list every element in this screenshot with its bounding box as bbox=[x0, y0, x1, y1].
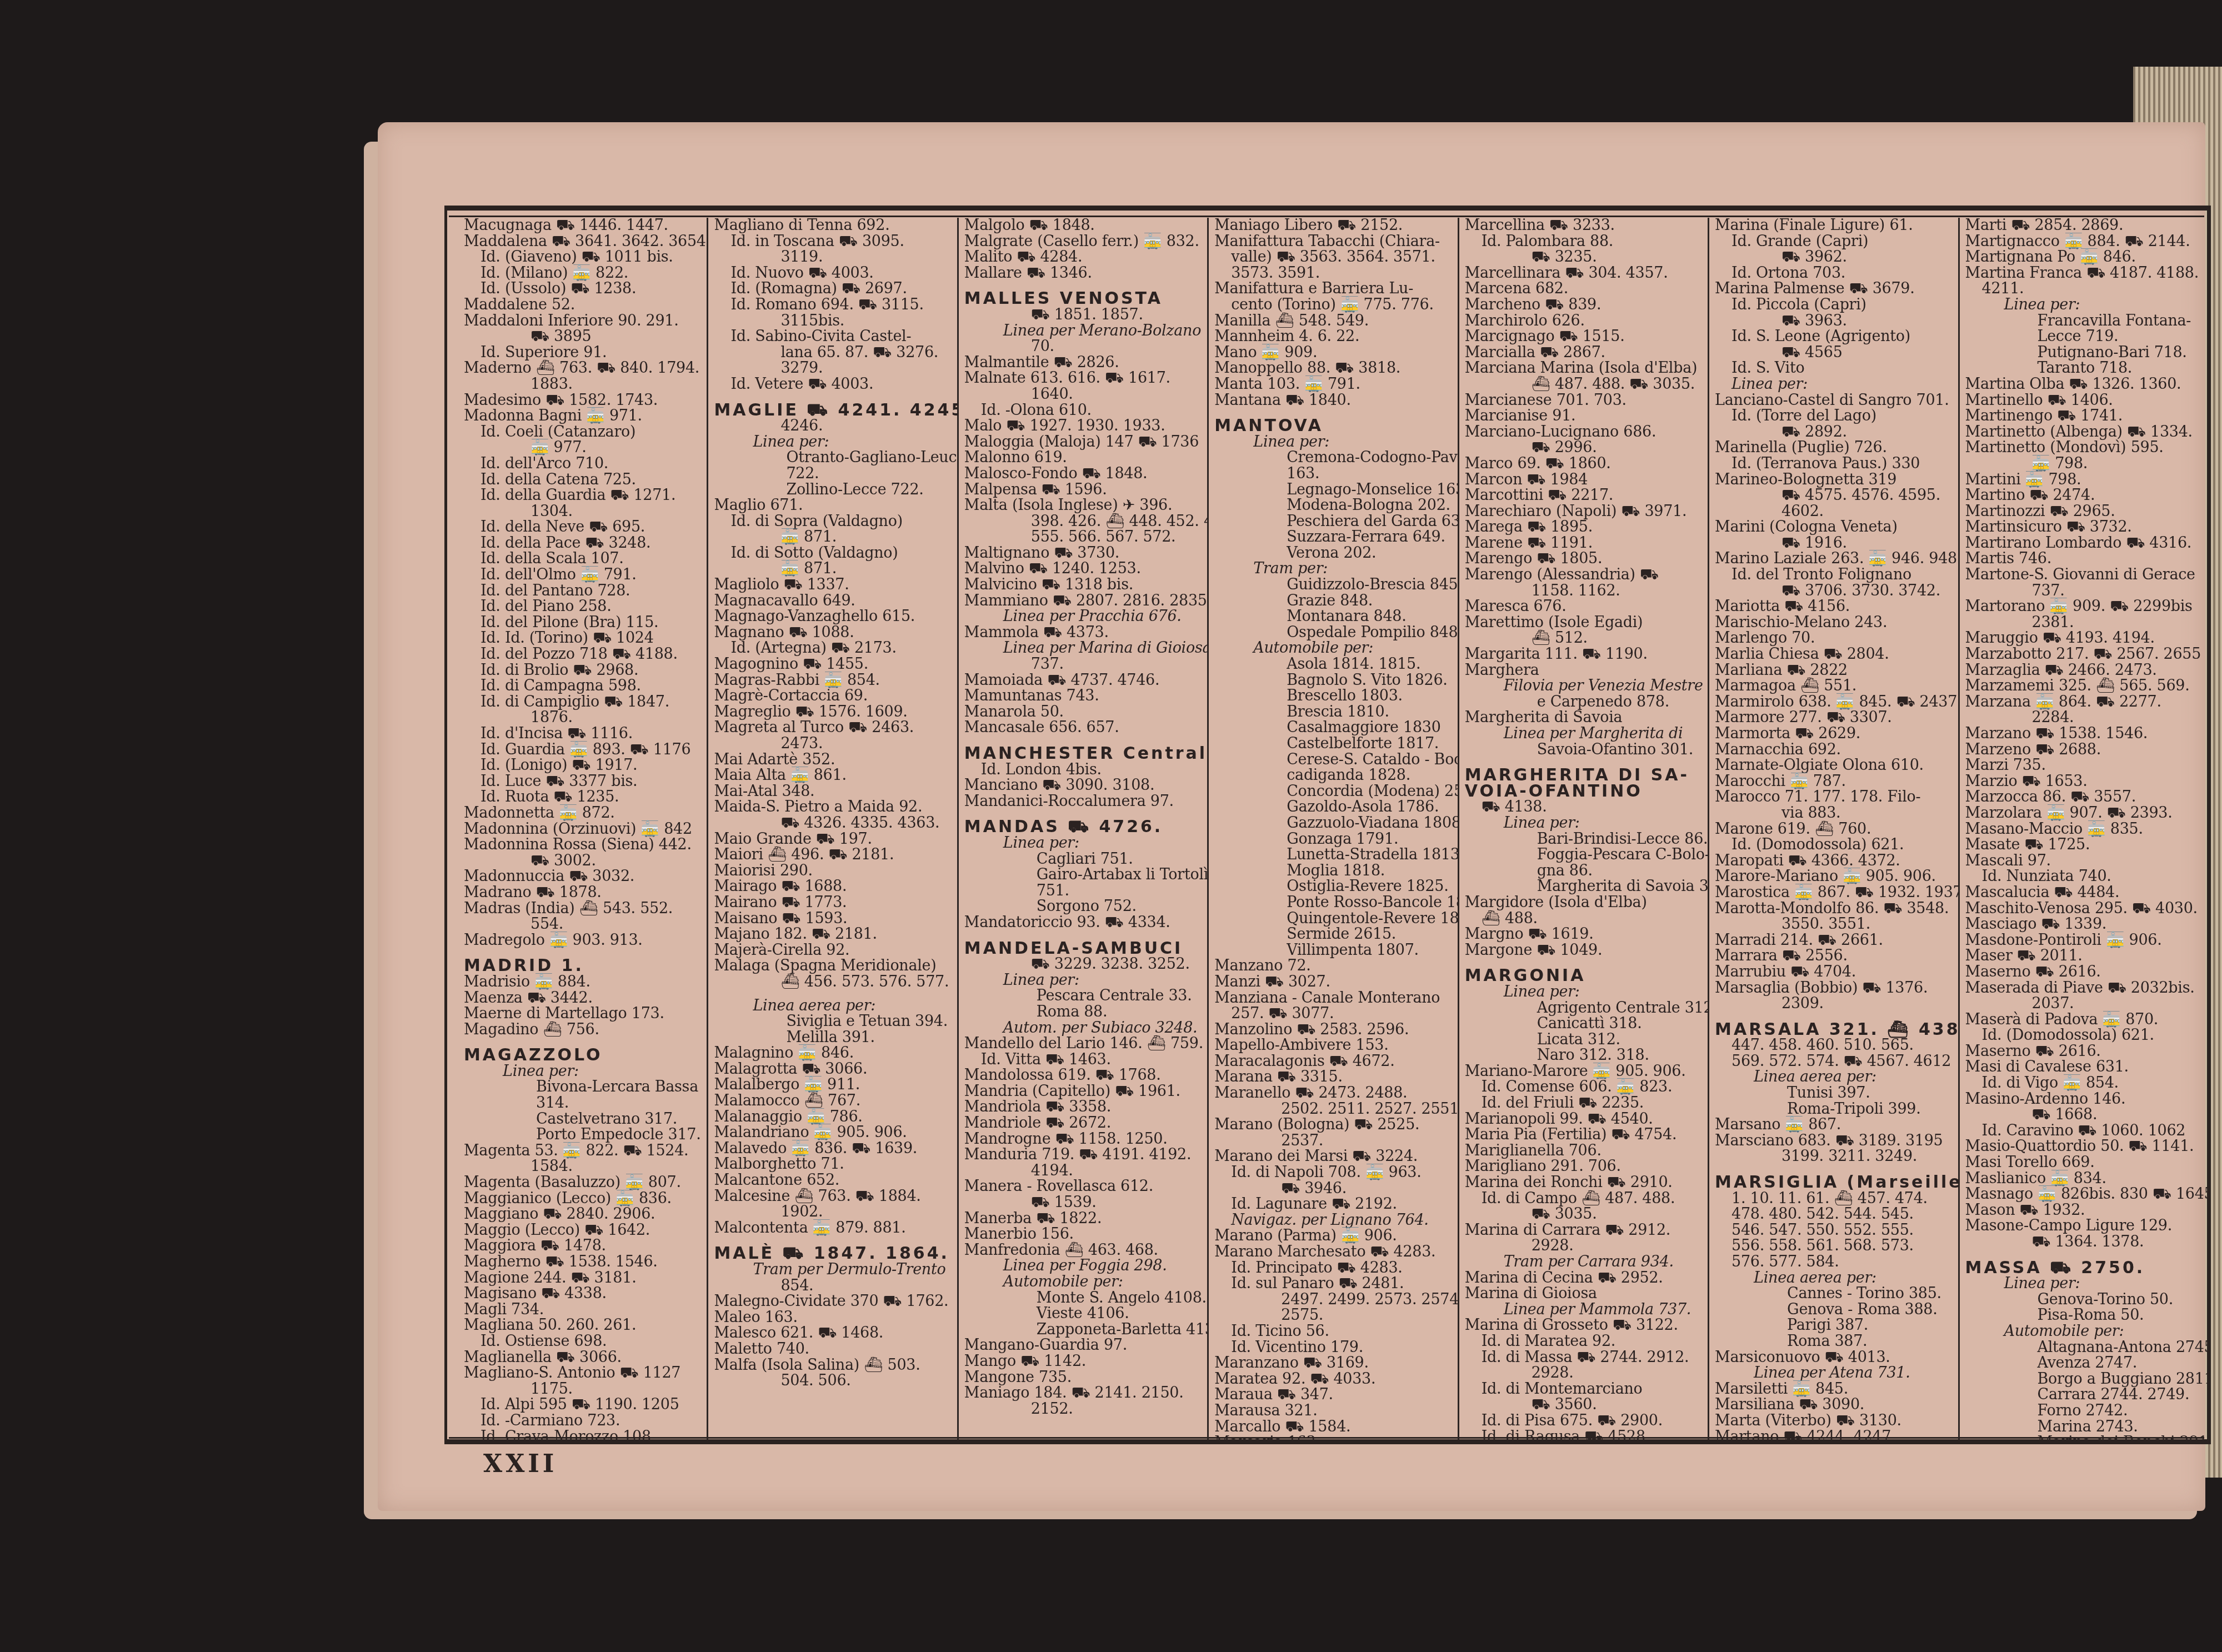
index-entry: Id. della Pace ⛟ 3248. bbox=[464, 535, 701, 552]
index-entry: Manzano 72. bbox=[1214, 958, 1452, 974]
index-entry: Marzamemi 325. ⛴ 565. 569. bbox=[1965, 678, 2203, 694]
index-entry: Castelbelforte 1817. bbox=[1214, 736, 1452, 752]
index-entry: Martinozzi ⛟ 2965. bbox=[1965, 504, 2203, 520]
index-entry: Manfredonia ⛴ 463. 468. bbox=[964, 1243, 1202, 1259]
index-entry: Marano (Parma) 🚋 906. bbox=[1214, 1228, 1452, 1244]
index-entry: Marene ⛟ 1191. bbox=[1465, 535, 1702, 552]
index-entry: ⛟ 4138. bbox=[1465, 799, 1702, 815]
index-entry: Id. di Montemarciano bbox=[1465, 1381, 1702, 1398]
index-entry: Magrè-Cortaccia 69. bbox=[714, 688, 951, 704]
index-entry: Borgo a Buggiano 2811. bbox=[1965, 1371, 2203, 1388]
index-heading: MAGLIE ⛟ 4241. 4245. bbox=[714, 403, 951, 419]
index-entry: Marigliano 291. 706. bbox=[1465, 1159, 1702, 1175]
index-entry: Parigi 387. bbox=[1715, 1318, 1952, 1334]
index-entry: Mamoiada ⛟ 4737. 4746. bbox=[964, 673, 1202, 689]
index-entry: 🚋 871. bbox=[714, 561, 951, 577]
index-entry: Marta (Viterbo) ⛟ 3130. bbox=[1715, 1413, 1952, 1429]
index-entry: Id. della Catena 725. bbox=[464, 472, 701, 488]
index-entry: Magliano-S. Antonio ⛟ 1127 bbox=[464, 1365, 701, 1381]
index-entry: Cannes - Torino 385. bbox=[1715, 1286, 1952, 1302]
index-service-note: Automobile per: bbox=[1214, 640, 1452, 657]
index-entry: ⛴ 512. bbox=[1465, 630, 1702, 647]
index-column-6: Marina (Finale Ligure) 61.Id. Grande (Ca… bbox=[1708, 218, 1958, 1440]
index-entry: Mancasale 656. 657. bbox=[964, 720, 1202, 736]
index-entry: 3115bis. bbox=[714, 313, 951, 329]
index-entry: Marina (Finale Ligure) 61. bbox=[1715, 218, 1952, 234]
index-service-note: Tram per Carrara 934. bbox=[1465, 1254, 1702, 1270]
index-entry: Id. Guardia 🚋 893. ⛟ 1176 bbox=[464, 742, 701, 758]
index-entry: Magadino ⛴ 756. bbox=[464, 1022, 701, 1038]
index-entry: Avenza 2747. bbox=[1965, 1355, 2203, 1371]
index-service-note: Automobile per: bbox=[964, 1274, 1202, 1290]
index-entry: Marzana 🚋 864. ⛟ 2277. bbox=[1965, 694, 2203, 710]
index-entry: Otranto-Gagliano-Leuca bbox=[714, 450, 951, 466]
index-entry: Marini (Cologna Veneta) bbox=[1715, 519, 1952, 535]
index-entry: Martano ⛟ 4244. 4247. bbox=[1715, 1429, 1952, 1440]
index-entry: Maiori ⛴ 496. ⛟ 2181. bbox=[714, 847, 951, 863]
index-entry: Marausa 321. bbox=[1214, 1403, 1452, 1419]
index-entry: Marcena 682. bbox=[1465, 281, 1702, 297]
index-entry: Id. Ruota ⛟ 1235. bbox=[464, 789, 701, 805]
index-entry: Gazoldo-Asola 1786. bbox=[1214, 799, 1452, 815]
index-entry: 2537. bbox=[1214, 1133, 1452, 1149]
index-entry: 2284. bbox=[1965, 710, 2203, 726]
index-service-note: Linea per: bbox=[1715, 377, 1952, 393]
index-entry: Id. Vitta ⛟ 1463. bbox=[964, 1052, 1202, 1068]
index-entry: Peschiera del Garda 638. bbox=[1214, 514, 1452, 530]
index-entry: Madonnina (Orzinuovi) 🚋 842 bbox=[464, 822, 701, 838]
index-entry: Masdone-Pontiroli 🚋 906. bbox=[1965, 933, 2203, 949]
index-entry: Malcesine ⛴ 763. ⛟ 1884. bbox=[714, 1189, 951, 1205]
index-entry: Marcheno ⛟ 839. bbox=[1465, 297, 1702, 313]
index-entry: via 883. bbox=[1715, 805, 1952, 822]
index-service-note: Filovia per Venezia Mestre bbox=[1465, 678, 1702, 694]
index-entry: Mairago ⛟ 1688. bbox=[714, 879, 951, 895]
index-entry: Marore-Mariano 🚋 905. 906. bbox=[1715, 869, 1952, 885]
index-entry: Id. Ortona 703. bbox=[1715, 266, 1952, 282]
index-entry: Majerà-Cirella 92. bbox=[714, 943, 951, 959]
index-entry: 737. bbox=[964, 657, 1202, 673]
index-entry: Martinsicuro ⛟ 3732. bbox=[1965, 519, 2203, 535]
index-entry: Magli 734. bbox=[464, 1302, 701, 1318]
index-heading: MANDAS ⛟ 4726. bbox=[964, 819, 1202, 835]
index-entry: 722. bbox=[714, 466, 951, 482]
index-entry: Altagnana-Antona 2745 bbox=[1965, 1340, 2203, 1356]
index-entry: Mason ⛟ 1932. bbox=[1965, 1203, 2203, 1219]
index-entry: Marmirolo 638. 🚋 845. ⛟ 2437. bbox=[1715, 694, 1952, 710]
index-entry: Manerbio 156. bbox=[964, 1227, 1202, 1243]
index-entry: Agrigento Centrale 312. bbox=[1465, 1000, 1702, 1017]
index-entry: Malvicino ⛟ 1318 bis. bbox=[964, 577, 1202, 593]
index-entry: Mano 🚋 909. bbox=[1214, 345, 1452, 361]
index-entry: Marano dei Marsi ⛟ 3224. bbox=[1214, 1149, 1452, 1165]
index-entry: valle) ⛟ 3563. 3564. 3571. bbox=[1214, 249, 1452, 266]
index-entry: 4211. bbox=[1965, 281, 2203, 297]
index-entry: Sermide 2615. bbox=[1214, 927, 1452, 943]
index-entry: Casalmaggiore 1830 bbox=[1214, 720, 1452, 736]
index-entry: Martinello ⛟ 1406. bbox=[1965, 393, 2203, 409]
index-service-note: Linea per: bbox=[1465, 984, 1702, 1000]
index-service-note: Linea per: bbox=[1465, 815, 1702, 832]
index-entry: Maio Grande ⛟ 197. bbox=[714, 832, 951, 848]
index-heading: MAGAZZOLO bbox=[464, 1048, 701, 1064]
index-entry: ⛟ 4326. 4335. 4363. bbox=[714, 815, 951, 832]
index-entry: Malosco-Fondo ⛟ 1848. bbox=[964, 466, 1202, 482]
index-heading: MADRID 1. bbox=[464, 958, 701, 974]
index-entry: Masio-Quattordio 50. ⛟ 1141. bbox=[1965, 1139, 2203, 1155]
index-entry: 504. 506. bbox=[714, 1373, 951, 1389]
index-entry: Marischio-Melano 243. bbox=[1715, 615, 1952, 631]
index-entry: Macugnaga ⛟ 1446. 1447. bbox=[464, 218, 701, 234]
index-service-note: Linea per Mammola 737. bbox=[1465, 1302, 1702, 1318]
index-entry: 398. 426. ⛴ 448. 452. 457. bbox=[964, 514, 1202, 530]
index-entry: gna 86. bbox=[1465, 863, 1702, 879]
index-entry: Moglia 1818. bbox=[1214, 863, 1452, 879]
index-entry: 1883. bbox=[464, 377, 701, 393]
index-entry: Id. Romano 694. ⛟ 3115. bbox=[714, 297, 951, 313]
index-entry: 556. 558. 561. 568. 573. bbox=[1715, 1238, 1952, 1254]
index-entry: Id. (Artegna) ⛟ 2173. bbox=[714, 640, 951, 657]
index-entry: Suzzara-Ferrara 649. bbox=[1214, 529, 1452, 545]
index-entry: Manifattura e Barriera Lu- bbox=[1214, 281, 1452, 297]
index-entry: Magreta al Turco ⛟ 2463. bbox=[714, 720, 951, 736]
index-entry: Id. di Campagna 598. bbox=[464, 678, 701, 694]
index-service-note: Linea per: bbox=[1214, 434, 1452, 450]
index-entry: Margherita di Savoia 301. bbox=[1465, 879, 1702, 895]
index-entry: Manifattura Tabacchi (Chiara- bbox=[1214, 234, 1452, 250]
index-entry: Maddaloni Inferiore 90. 291. bbox=[464, 313, 701, 329]
index-entry: Maserno ⛟ 2616. bbox=[1965, 964, 2203, 980]
index-entry: Marcialla ⛟ 2867. bbox=[1465, 345, 1702, 361]
index-entry: Id. del Tronto Folignano bbox=[1715, 567, 1952, 583]
index-entry: Maerne di Martellago 173. bbox=[464, 1006, 701, 1022]
index-entry: Magreglio ⛟ 1576. 1609. bbox=[714, 704, 951, 720]
index-entry: Id. Ticino 56. bbox=[1214, 1324, 1452, 1340]
index-entry: 4246. bbox=[714, 418, 951, 434]
index-entry: 854. bbox=[714, 1278, 951, 1294]
index-entry: 554. bbox=[464, 917, 701, 933]
index-heading: MARSIGLIA (Marseille) bbox=[1715, 1175, 1952, 1191]
index-entry: 1. 10. 11. 61. ⛴ 457. 474. bbox=[1715, 1191, 1952, 1207]
index-entry: Marcon ⛟ 1984 bbox=[1465, 472, 1702, 488]
index-column-1: Macugnaga ⛟ 1446. 1447.Maddalena ⛟ 3641.… bbox=[458, 218, 707, 1440]
index-entry: Id. Piccola (Capri) bbox=[1715, 297, 1952, 313]
index-entry: Id. di Napoli 708. 🚋 963. bbox=[1214, 1165, 1452, 1181]
index-entry: Maslianico 🚋 834. bbox=[1965, 1171, 2203, 1187]
index-entry: Madonnetta 🚋 872. bbox=[464, 805, 701, 822]
index-entry: Maria Pia (Fertilia) ⛟ 4754. bbox=[1465, 1127, 1702, 1143]
index-entry: Malgolo ⛟ 1848. bbox=[964, 218, 1202, 234]
index-heading: MALÈ ⛟ 1847. 1864. 1879. bbox=[714, 1246, 951, 1262]
index-entry: Margidore (Isola d'Elba) bbox=[1465, 895, 1702, 911]
index-entry: cadiganda 1828. bbox=[1214, 768, 1452, 784]
index-entry: Magnacavallo 649. bbox=[714, 593, 951, 609]
index-entry: Roma-Tripoli 399. bbox=[1715, 1102, 1952, 1118]
index-entry: Mascalucia ⛟ 4484. bbox=[1965, 885, 2203, 901]
index-entry: Id. London 4bis. bbox=[964, 762, 1202, 778]
index-entry: Martinetto (Mondovì) 595. bbox=[1965, 440, 2203, 456]
index-entry: Margone ⛟ 1049. bbox=[1465, 943, 1702, 959]
index-entry: Marocchi 🚋 787. bbox=[1715, 774, 1952, 790]
index-entry: Maloggia (Maloja) 147 ⛟ 1736 bbox=[964, 434, 1202, 450]
index-entry: Id. della Scala 107. bbox=[464, 551, 701, 567]
index-entry: Brescia 1810. bbox=[1214, 704, 1452, 720]
index-entry: Brescello 1803. bbox=[1214, 688, 1452, 704]
index-entry: Maenza ⛟ 3442. bbox=[464, 990, 701, 1007]
index-service-note: Tram per Dermulo-Trento bbox=[714, 1262, 951, 1278]
index-entry: Malandriano 🚋 905. 906. bbox=[714, 1125, 951, 1141]
index-entry: Marsiletti 🚋 845. bbox=[1715, 1381, 1952, 1398]
index-entry: cento (Torino) 🚋 775. 776. bbox=[1214, 297, 1452, 313]
index-entry: Id. Caravino ⛟ 1060. 1062 bbox=[1965, 1123, 2203, 1139]
index-entry: Marsiconuovo ⛟ 4013. bbox=[1715, 1350, 1952, 1366]
index-entry: Malo ⛟ 1927. 1930. 1933. bbox=[964, 418, 1202, 434]
index-entry: Manerba ⛟ 1822. bbox=[964, 1211, 1202, 1227]
index-entry: Manzolino ⛟ 2583. 2596. bbox=[1214, 1022, 1452, 1038]
index-service-note: Automobile per: bbox=[1965, 1324, 2203, 1340]
index-entry: Masi Torello 669. bbox=[1965, 1155, 2203, 1171]
index-entry: ⛟ 1851. 1857. bbox=[964, 307, 1202, 323]
index-entry: Marcellina ⛟ 3233. bbox=[1465, 218, 1702, 234]
index-entry: Martini 🚋 798. bbox=[1965, 472, 2203, 488]
index-entry: Id. di Maratea 92. bbox=[1465, 1334, 1702, 1350]
index-entry: ⛟ 2892. bbox=[1715, 424, 1952, 440]
index-entry: Id. Alpi 595 ⛟ 1190. 1205 bbox=[464, 1397, 701, 1413]
index-entry: Quingentole-Revere 1806. bbox=[1214, 911, 1452, 927]
index-entry: 3279. bbox=[714, 361, 951, 377]
index-entry: Mammiano ⛟ 2807. 2816. 2835 bbox=[964, 593, 1202, 609]
index-entry: Marano (Bologna) ⛟ 2525. bbox=[1214, 1117, 1452, 1133]
index-entry: Carrara 2744. 2749. bbox=[1965, 1387, 2203, 1403]
index-entry: 2152. bbox=[964, 1401, 1202, 1418]
index-entry: Malborghetto 71. bbox=[714, 1157, 951, 1173]
index-entry: Id. d'Incisa ⛟ 1116. bbox=[464, 726, 701, 742]
index-entry: Maiorisi 290. bbox=[714, 863, 951, 879]
index-entry: Id. Grande (Capri) bbox=[1715, 234, 1952, 250]
index-entry: Marano Marchesato ⛟ 4283. bbox=[1214, 1244, 1452, 1260]
index-entry: 478. 480. 542. 544. 545. bbox=[1715, 1207, 1952, 1223]
index-entry: Maniago 184. ⛟ 2141. 2150. bbox=[964, 1385, 1202, 1401]
index-entry: Magliolo ⛟ 1337. bbox=[714, 577, 951, 593]
index-entry: Maggianico (Lecco) 🚋 836. bbox=[464, 1191, 701, 1207]
index-entry: 1902. bbox=[714, 1204, 951, 1220]
index-column-2: Magliano di Tenna 692.Id. in Toscana ⛟ 3… bbox=[707, 218, 957, 1440]
index-entry: Marinella (Puglie) 726. bbox=[1715, 440, 1952, 456]
index-entry: 2502. 2511. 2527. 2551. bbox=[1214, 1102, 1452, 1118]
index-entry: 🚋 977. bbox=[464, 440, 701, 456]
index-entry: Id. del Pozzo 718 ⛟ 4188. bbox=[464, 647, 701, 663]
index-entry: 🚋 871. bbox=[714, 529, 951, 545]
index-entry: Marina dei Ronchi ⛟ 2910. bbox=[1465, 1175, 1702, 1191]
index-entry: Maderno ⛴ 763. ⛟ 840. 1794. bbox=[464, 361, 701, 377]
index-service-note: Linea aerea per: bbox=[714, 998, 951, 1014]
index-entry: Id. (Giaveno) ⛟ 1011 bis. bbox=[464, 249, 701, 266]
index-entry: Id. (Ussolo) ⛟ 1238. bbox=[464, 281, 701, 297]
index-entry: Maglio 671. bbox=[714, 498, 951, 514]
index-entry: Montanara 848. bbox=[1214, 609, 1452, 625]
index-entry: Cerese-S. Cataldo - Boc- bbox=[1214, 752, 1452, 768]
index-entry: Marettimo (Isole Egadi) bbox=[1465, 615, 1702, 631]
index-entry: Id. del Pilone (Bra) 115. bbox=[464, 615, 701, 631]
index-entry: 4602. bbox=[1715, 504, 1952, 520]
index-entry: Bagnolo S. Vito 1826. bbox=[1214, 673, 1452, 689]
index-entry: Magenta (Basaluzzo) 🚋 807. bbox=[464, 1175, 701, 1191]
index-entry: Marzeno ⛟ 2688. bbox=[1965, 742, 2203, 758]
index-entry: Mandello del Lario 146. ⛴ 759. bbox=[964, 1036, 1202, 1052]
index-entry: 1304. bbox=[464, 504, 701, 520]
index-entry: Siviglia e Tetuan 394. bbox=[714, 1014, 951, 1030]
index-entry: Martina Franca ⛟ 4187. 4188. bbox=[1965, 266, 2203, 282]
index-entry: Concordia (Modena) 2522. bbox=[1214, 784, 1452, 800]
index-entry: Manziana - Canale Monterano bbox=[1214, 990, 1452, 1007]
index-entry: Id. Superiore 91. bbox=[464, 345, 701, 361]
index-entry: ⛟ 3002. bbox=[464, 853, 701, 869]
index-entry: 2381. bbox=[1965, 615, 2203, 631]
index-entry: Maserà di Padova 🚋 870. bbox=[1965, 1012, 2203, 1028]
index-entry: Mariotta ⛟ 4156. bbox=[1715, 599, 1952, 615]
index-entry: Marzabotto 217. ⛟ 2567. 2655 bbox=[1965, 647, 2203, 663]
index-entry: Marcellinara ⛟ 304. 4357. bbox=[1465, 266, 1702, 282]
index-entry: Id. (Domodossola) 621. bbox=[1965, 1028, 2203, 1044]
index-entry: Magognino ⛟ 1455. bbox=[714, 657, 951, 673]
index-entry: Maratea 92. ⛟ 4033. bbox=[1214, 1371, 1452, 1388]
index-entry: Putignano-Bari 718. bbox=[1965, 345, 2203, 361]
index-entry: Id. dell'Olmo 🚋 791. bbox=[464, 567, 701, 583]
index-entry: Magliana 50. 260. 261. bbox=[464, 1318, 701, 1334]
index-entry: Maserno ⛟ 2616. bbox=[1965, 1044, 2203, 1060]
index-service-note: Linea per Merano-Bolzano bbox=[964, 323, 1202, 339]
index-entry: Marsaglia (Bobbio) ⛟ 1376. bbox=[1715, 980, 1952, 997]
index-entry: Maniago Libero ⛟ 2152. bbox=[1214, 218, 1452, 234]
index-entry: Maracalagonis ⛟ 4672. bbox=[1214, 1054, 1452, 1070]
index-heading: MANTOVA bbox=[1214, 418, 1452, 434]
index-entry: e Carpenedo 878. bbox=[1465, 694, 1702, 710]
index-entry: Maser ⛟ 2011. bbox=[1965, 948, 2203, 964]
index-entry: 2928. bbox=[1465, 1238, 1702, 1254]
index-entry: Mangone 735. bbox=[964, 1370, 1202, 1386]
index-entry: Marengo (Alessandria) ⛟ bbox=[1465, 567, 1702, 583]
index-service-note: Navigaz. per Lignano 764. bbox=[1214, 1213, 1452, 1229]
page-number: XXII bbox=[483, 1450, 557, 1478]
index-entry: Marengo ⛟ 1805. bbox=[1465, 551, 1702, 567]
index-entry: Manduria 719. ⛟ 4191. 4192. bbox=[964, 1147, 1202, 1163]
index-entry: Id. della Guardia ⛟ 1271. bbox=[464, 488, 701, 504]
index-entry: Marco 69. ⛟ 1860. bbox=[1465, 456, 1702, 472]
index-service-note: Tram per: bbox=[1214, 561, 1452, 577]
index-entry: Mandriole ⛟ 2672. bbox=[964, 1115, 1202, 1132]
index-heading: MANDELA-SAMBUCI bbox=[964, 941, 1202, 957]
index-entry: Majano 182. ⛟ 2181. bbox=[714, 927, 951, 943]
index-entry: Malmantile ⛟ 2826. bbox=[964, 355, 1202, 371]
index-entry: Malito ⛟ 4284. bbox=[964, 249, 1202, 266]
index-entry: Grazie 848. bbox=[1214, 593, 1452, 609]
index-entry: Marina di Carrara ⛟ 2912. bbox=[1465, 1223, 1702, 1239]
index-entry: Marcignago ⛟ 1515. bbox=[1465, 329, 1702, 345]
index-entry: Manta 103. 🚋 791. bbox=[1214, 377, 1452, 393]
index-entry: Id. Coeli (Catanzaro) bbox=[464, 424, 701, 440]
index-entry: Margherita di Savoia bbox=[1465, 710, 1702, 726]
index-entry: Marmagoa ⛴ 551. bbox=[1715, 678, 1952, 694]
index-entry: Masano-Maccio 🚋 835. bbox=[1965, 822, 2203, 838]
index-entry: Maschito-Venosa 295. ⛟ 4030. bbox=[1965, 901, 2203, 917]
index-entry: Mandriola ⛟ 3358. bbox=[964, 1099, 1202, 1115]
index-service-note: Linea per: bbox=[1965, 297, 2203, 313]
index-entry: Malcantone 652. bbox=[714, 1173, 951, 1189]
index-entry: Malpensa ⛟ 1596. bbox=[964, 482, 1202, 498]
index-entry: Mairano ⛟ 1773. bbox=[714, 895, 951, 911]
index-entry: 1584. bbox=[464, 1159, 701, 1175]
index-entry: Id. Crava-Morozzo 108. bbox=[464, 1429, 701, 1440]
index-entry: Manciano ⛟ 3090. 3108. bbox=[964, 778, 1202, 794]
index-columns: Macugnaga ⛟ 1446. 1447.Maddalena ⛟ 3641.… bbox=[458, 218, 2208, 1440]
index-entry: Marsano 🚋 867. bbox=[1715, 1117, 1952, 1133]
index-entry: Madonna Bagni 🚋 971. bbox=[464, 408, 701, 424]
index-entry: Asola 1814. 1815. bbox=[1214, 657, 1452, 673]
index-entry: Canicattì 318. bbox=[1465, 1016, 1702, 1032]
index-entry: Id. Lagunare ⛟ 2192. bbox=[1214, 1197, 1452, 1213]
index-entry: 1640. bbox=[964, 387, 1202, 403]
index-entry: Id. di Sotto (Valdagno) bbox=[714, 545, 951, 562]
index-entry: Marradi 214. ⛟ 2661. bbox=[1715, 933, 1952, 949]
index-entry: Malfa (Isola Salina) ⛴ 503. bbox=[714, 1358, 951, 1374]
index-entry: Monte S. Angelo 4108. bbox=[964, 1290, 1202, 1306]
index-entry: Roma 88. bbox=[964, 1004, 1202, 1020]
index-entry: Lunetta-Stradella 1813. bbox=[1214, 847, 1452, 863]
index-entry: Malavedo 🚋 836. ⛟ 1639. bbox=[714, 1141, 951, 1157]
index-entry: Maltignano ⛟ 3730. bbox=[964, 545, 1202, 562]
index-entry: 70. bbox=[964, 339, 1202, 355]
index-entry: Maggio (Lecco) ⛟ 1642. bbox=[464, 1223, 701, 1239]
index-entry: Maia Alta 🚋 861. bbox=[714, 768, 951, 784]
index-entry: Masino-Ardenno 146. bbox=[1965, 1092, 2203, 1108]
index-entry: Madesimo ⛟ 1582. 1743. bbox=[464, 393, 701, 409]
index-entry: Verona 202. bbox=[1214, 545, 1452, 562]
index-entry: Magherno ⛟ 1538. 1546. bbox=[464, 1254, 701, 1270]
index-entry: Mandanici-Roccalumera 97. bbox=[964, 794, 1202, 810]
index-entry: ⛟ 2996. bbox=[1465, 440, 1702, 456]
index-entry: Marianopoli 99. ⛟ 4540. bbox=[1465, 1112, 1702, 1128]
index-entry: Guidizzolo-Brescia 845. bbox=[1214, 577, 1452, 593]
index-entry: Zollino-Lecce 722. bbox=[714, 482, 951, 498]
index-entry: 2497. 2499. 2573. 2574. bbox=[1214, 1292, 1452, 1308]
index-entry: Id. (Milano) 🚋 822. bbox=[464, 266, 701, 282]
index-entry: ⛴ 487. 488. ⛟ 3035. bbox=[1465, 377, 1702, 393]
index-entry: ⛟ 3962. bbox=[1715, 249, 1952, 266]
index-entry: Masone-Campo Ligure 129. bbox=[1965, 1218, 2203, 1234]
index-entry: Id. di Ragusa ⛟ 4528. bbox=[1465, 1429, 1702, 1440]
index-entry: Id. Nuovo ⛟ 4003. bbox=[714, 266, 951, 282]
index-entry: Id. (Lonigo) ⛟ 1917. bbox=[464, 758, 701, 774]
index-entry: Marcianise 91. bbox=[1465, 408, 1702, 424]
index-service-note: Linea per Atena 731. bbox=[1715, 1365, 1952, 1381]
index-entry: ⛟ 4575. 4576. 4595. bbox=[1715, 488, 1952, 504]
index-entry: Marti ⛟ 2854. 2869. bbox=[1965, 218, 2203, 234]
index-entry: Lanciano-Castel di Sangro 701. bbox=[1715, 393, 1952, 409]
index-entry: Maida-S. Pietro a Maida 92. bbox=[714, 799, 951, 815]
index-entry: 314. bbox=[464, 1095, 701, 1112]
index-entry: Mariglianella 706. bbox=[1465, 1143, 1702, 1159]
index-entry: Mandrogne ⛟ 1158. 1250. bbox=[964, 1132, 1202, 1148]
index-entry: 3573. 3591. bbox=[1214, 266, 1452, 282]
index-entry: Maggiano ⛟ 2840. 2906. bbox=[464, 1207, 701, 1223]
index-entry: ⛴ 456. 573. 576. 577. bbox=[714, 974, 951, 990]
index-entry: Martina Olba ⛟ 1326. 1360. bbox=[1965, 377, 2203, 393]
index-entry: 1175. bbox=[464, 1381, 701, 1398]
index-entry: Madrano ⛟ 1878. bbox=[464, 885, 701, 901]
index-entry: Zapponeta-Barletta 4138. bbox=[964, 1322, 1202, 1338]
index-heading: MALLES VENOSTA bbox=[964, 291, 1202, 307]
index-entry: Francavilla Fontana- bbox=[1965, 313, 2203, 329]
